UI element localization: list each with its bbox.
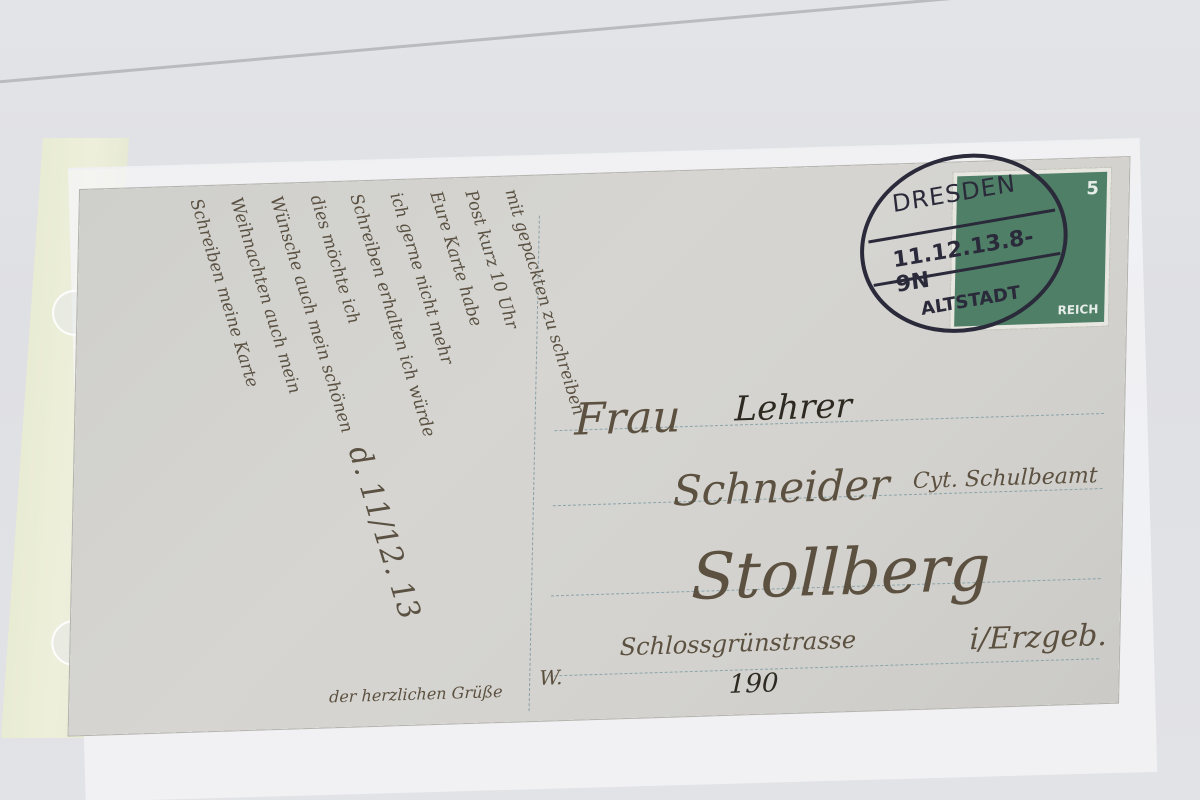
postcard: 5 REICH DRESDEN 11.12.13.8-9N ALTSTADT F… xyxy=(69,157,1130,736)
stamp-value: 5 xyxy=(1086,178,1099,199)
message-line: der herzlichen Grüße xyxy=(329,682,503,706)
address-city: Stollberg xyxy=(690,532,991,615)
stamp-inscription: REICH xyxy=(1057,302,1098,317)
message-dateline: d. 11/12. 13 xyxy=(341,441,427,624)
postmark-city: DRESDEN xyxy=(891,169,1018,218)
address-line1: Lehrer xyxy=(734,386,852,430)
address-region: i/Erzgeb. xyxy=(969,618,1107,657)
address-line xyxy=(549,658,1099,676)
address-house-number: 190 xyxy=(729,668,779,700)
address-line2: Schneider xyxy=(672,460,889,516)
address-salutation: Frau xyxy=(574,391,681,445)
address-street: Schlossgrünstrasse xyxy=(619,626,856,661)
address-prefix-mark: W. xyxy=(539,665,563,690)
